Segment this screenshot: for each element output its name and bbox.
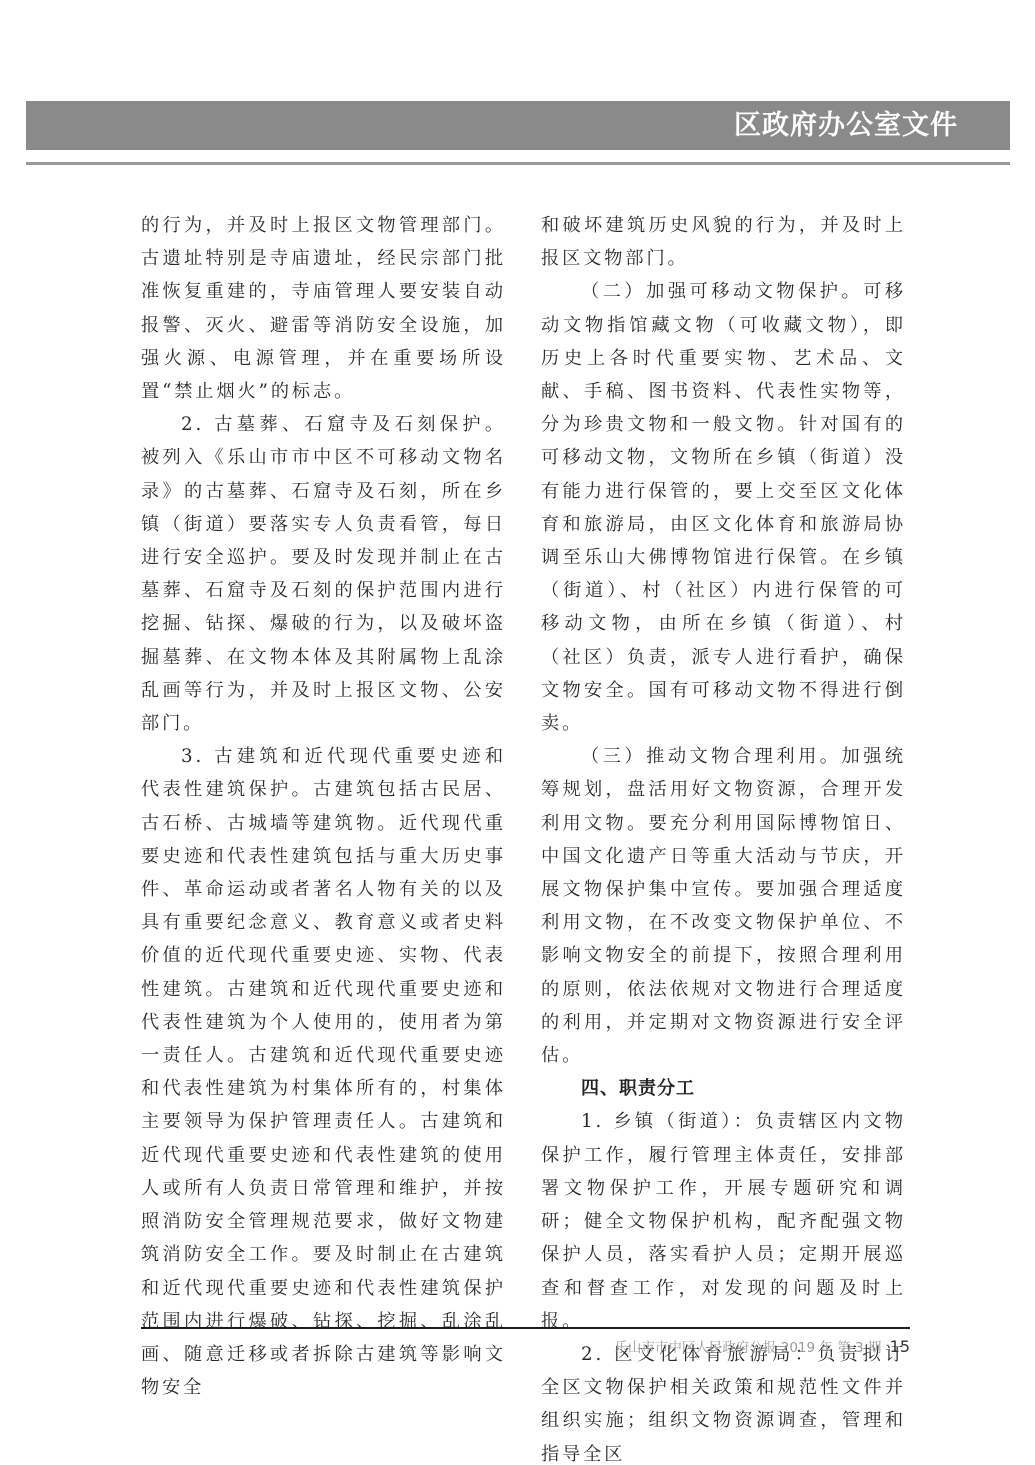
right-column: 和破坏建筑历史风貌的行为，并及时上报区文物部门。 （二）加强可移动文物保护。可移… — [541, 209, 906, 1465]
header-band: 区政府办公室文件 — [26, 101, 1010, 150]
page-footer: 乐山市市中区人民政府公报 2019 年 第 3 期 15 — [614, 1337, 910, 1358]
paragraph: （二）加强可移动文物保护。可移动文物指馆藏文物（可收藏文物），即历史上各时代重要… — [541, 275, 906, 740]
section-title: 区政府办公室文件 — [734, 107, 958, 145]
paragraph: （三）推动文物合理利用。加强统筹规划，盘活用好文物资源，合理开发利用文物。要充分… — [541, 740, 906, 1072]
paragraph: 1. 乡镇（街道）：负责辖区内文物保护工作，履行管理主体责任，安排部署文物保护工… — [541, 1105, 906, 1337]
header-rule — [26, 162, 1010, 165]
footer-rule — [141, 1327, 910, 1329]
section-heading: 四、职责分工 — [541, 1072, 906, 1105]
left-column: 的行为，并及时上报区文物管理部门。古遗址特别是寺庙遗址，经民宗部门批准恢复重建的… — [141, 209, 506, 1404]
paragraph: 3. 古建筑和近代现代重要史迹和代表性建筑保护。古建筑包括古民居、古石桥、古城墙… — [141, 740, 506, 1404]
paragraph: 和破坏建筑历史风貌的行为，并及时上报区文物部门。 — [541, 209, 906, 275]
publication-info: 乐山市市中区人民政府公报 2019 年 第 3 期 — [614, 1340, 881, 1356]
page-number: 15 — [890, 1337, 910, 1356]
paragraph: 2. 古墓葬、石窟寺及石刻保护。被列入《乐山市市中区不可移动文物名录》的古墓葬、… — [141, 408, 506, 740]
paragraph: 的行为，并及时上报区文物管理部门。古遗址特别是寺庙遗址，经民宗部门批准恢复重建的… — [141, 209, 506, 408]
